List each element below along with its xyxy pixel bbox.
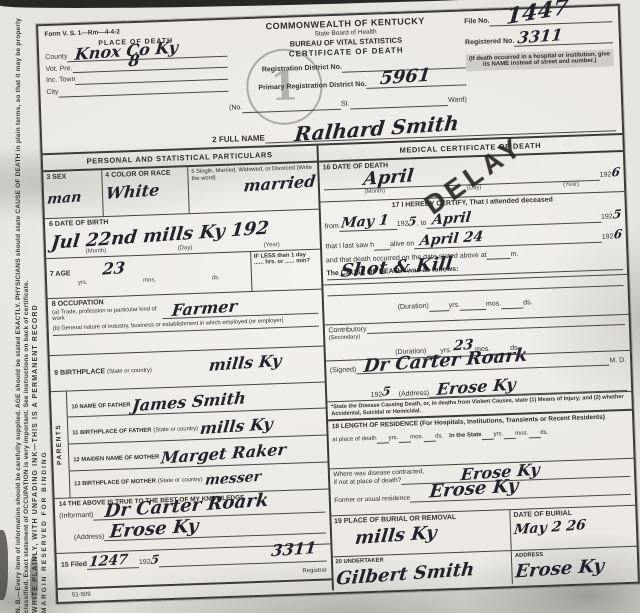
last-saw-label: that I last saw h	[325, 242, 374, 252]
burial-date-value: May 2 26	[513, 517, 587, 540]
father-birthplace-value: mills Ky	[199, 414, 274, 439]
last-saw-date-value: April 24	[419, 229, 484, 251]
full-name-label: 2 FULL NAME	[212, 133, 265, 145]
alive-on-label: alive on	[390, 240, 414, 250]
md-label: M. D.	[609, 357, 626, 366]
res-ds1: ds.	[435, 434, 443, 442]
res-mos1: mos.	[410, 435, 423, 443]
marital-status-value: married	[242, 172, 316, 197]
father-birthplace-sublabel: (State or country)	[153, 426, 198, 434]
signed-label: (Signed)	[330, 366, 357, 376]
file-no-label: File No.	[464, 18, 490, 28]
to-year-value: 5	[612, 207, 622, 223]
street-label: St.	[341, 101, 350, 110]
father-birthplace-label: 11 BIRTHPLACE OF FATHER	[72, 428, 151, 437]
mother-birthplace-label: 13 BIRTHPLACE OF MOTHER	[74, 478, 156, 487]
margin-nb-note: N. B.—Every item of information should b…	[15, 13, 30, 613]
sex-field: 3 SEX man	[43, 171, 103, 218]
registered-no-field: Registered No. 3311	[465, 34, 613, 48]
res-mos2: mos.	[515, 431, 528, 439]
mother-maiden-name-label: 12 MAIDEN NAME OF MOTHER	[73, 455, 159, 464]
voting-precinct-label: Vot. Pre.	[46, 65, 73, 75]
duration-label: (Duration)	[398, 303, 429, 313]
contracted-label2: if not at place of death?	[334, 477, 402, 487]
filed-date-value: 1247	[88, 551, 129, 571]
marital-status-field: 5 Single, Married, Widowed, or Divorced …	[187, 163, 318, 213]
medical-certificate-column: MEDICAL CERTIFICATE OF DEATH DELAY 16 DA…	[318, 135, 638, 590]
circular-stamp: 1	[245, 47, 324, 126]
if-less-than-day-note: IF LESS than 1 day ...... hrs. or ......…	[250, 249, 321, 291]
undertaker-field: 20 UNDERTAKER Gilbert Smith	[332, 551, 512, 590]
birthplace-value: mills Ky	[207, 351, 282, 376]
age-mos-sublabel: mos.	[143, 277, 156, 285]
burial-place-field: 19 PLACE OF BURIAL OR REMOVAL mills Ky	[331, 511, 511, 557]
birthplace-label: 9 BIRTHPLACE	[54, 368, 105, 377]
sign-year-value: 5	[381, 385, 391, 401]
color-race-field: 4 COLOR OR RACE White	[101, 168, 189, 216]
mother-birthplace-sublabel: (State or country)	[158, 477, 203, 485]
saw-year-value: 6	[613, 227, 623, 243]
dod-year-sublabel: (Year)	[563, 182, 579, 190]
registered-no-label: Registered No.	[465, 37, 515, 47]
street-no-label: (No.	[229, 104, 243, 113]
res-yrs1: yrs.	[389, 435, 399, 443]
color-race-label: 4 COLOR OR RACE	[105, 170, 184, 182]
file-no-field: File No. 1447	[464, 13, 612, 27]
attended-from-label: from	[325, 223, 339, 232]
undertaker-address-field: ADDRESS Erose Ky	[511, 547, 638, 584]
hospital-note: (If death occurred in a hospital or inst…	[465, 49, 614, 72]
filed-label: 15 Filed	[61, 561, 87, 571]
attended-from-value: May 1	[340, 213, 389, 234]
place-of-death-block: Form V. S. 1—Rm—4-4-2 PLACE OF DEATH Cou…	[44, 23, 229, 127]
dob-year-sublabel: (Year)	[264, 242, 280, 250]
color-race-value: White	[105, 180, 161, 204]
age-value: 23	[101, 258, 125, 280]
res-ds2: ds.	[540, 430, 548, 438]
res-yrs2: yrs.	[493, 432, 503, 440]
to-year-printed: 192	[601, 213, 613, 222]
burial-place-value: mills Ky	[353, 522, 437, 550]
primary-district-value: 5961	[379, 64, 432, 90]
date-of-birth-label: 6 DATE OF BIRTH	[49, 219, 109, 228]
voting-precinct-value: 8	[127, 51, 140, 72]
former-residence-label: Former or usual residence	[334, 494, 410, 505]
informant-label: (Informant)	[59, 512, 94, 522]
saw-year-printed: 192	[602, 233, 614, 242]
parents-rows: 10 NAME OF FATHER James Smith 11 BIRTHPL…	[67, 382, 328, 497]
age-field: 7 AGE 23 yrs. mos. ds.	[46, 252, 251, 298]
dod-year-printed: 192	[600, 172, 612, 181]
birthplace-sublabel: (State or country)	[107, 368, 152, 376]
age-label: 7 AGE	[50, 270, 71, 278]
attended-to-label: , to	[417, 220, 427, 229]
certificate-header: Form V. S. 1—Rm—4-4-2 PLACE OF DEATH Cou…	[38, 6, 621, 127]
inc-town-label: Inc. Town	[46, 76, 76, 86]
dod-year-value: 6	[610, 165, 620, 181]
city-label: City	[46, 89, 58, 98]
duration-mos-label: mos.	[486, 300, 501, 309]
file-numbers-block: File No. 1447 Registered No. 3311 (If de…	[464, 9, 615, 112]
certificate-sheet: Form V. S. 1—Rm—4-4-2 PLACE OF DEATH Cou…	[36, 4, 640, 604]
parents-section: PARENTS 10 NAME OF FATHER James Smith 11…	[51, 382, 328, 499]
masthead: COMMONWEALTH OF KENTUCKY State Board of …	[226, 14, 467, 120]
duration-ds-label: ds.	[523, 299, 533, 308]
mother-birthplace-value: messer	[204, 469, 262, 490]
certification-section: 17 I HEREBY CERTIFY, That I attended dec…	[320, 192, 627, 286]
meridiem-label: m.	[510, 250, 518, 259]
stamp-glyph: 1	[270, 61, 300, 112]
registered-no-value: 3311	[517, 25, 564, 48]
sign-address-value: Erose Ky	[436, 375, 517, 401]
sign-address-label: (Address)	[399, 390, 430, 400]
age-yrs-sublabel: yrs.	[78, 279, 88, 287]
sex-label: 3 SEX	[46, 173, 98, 184]
occupation-a-label: (a) Trade, profession or particular kind…	[52, 306, 162, 323]
undertaker-address-value: Erose Ky	[514, 555, 605, 584]
informant-address-label: (Address)	[74, 533, 105, 543]
county-label: County	[45, 53, 67, 63]
age-ds-sublabel: ds.	[212, 275, 220, 283]
duration-yrs-label: yrs.	[449, 302, 461, 311]
certificate-body: PERSONAL AND STATISTICAL PARTICULARS 3 S…	[43, 133, 638, 600]
former-residence-value: Erose Ky	[429, 475, 520, 504]
parents-label-text: PARENTS	[55, 424, 65, 465]
burial-date-field: DATE OF BURIAL May 2 26	[509, 506, 636, 550]
date-of-death-value: April	[362, 165, 414, 191]
death-certificate-scan: { "margin": { "note": "N. B.—Every item …	[0, 0, 640, 613]
ward-label: Ward)	[448, 97, 467, 106]
filed-registrar-no-value: 3311	[270, 538, 317, 561]
in-state-label: In the State	[449, 432, 482, 441]
father-name-label: 10 NAME OF FATHER	[71, 402, 130, 410]
occupation-field: 8 OCCUPATION (a) Trade, profession or pa…	[48, 290, 323, 357]
at-place-label: at place of death	[332, 436, 377, 445]
personal-particulars-column: PERSONAL AND STATISTICAL PARTICULARS 3 S…	[43, 146, 334, 600]
occupation-a-value: Farmer	[171, 296, 238, 321]
sex-value: man	[46, 189, 82, 209]
